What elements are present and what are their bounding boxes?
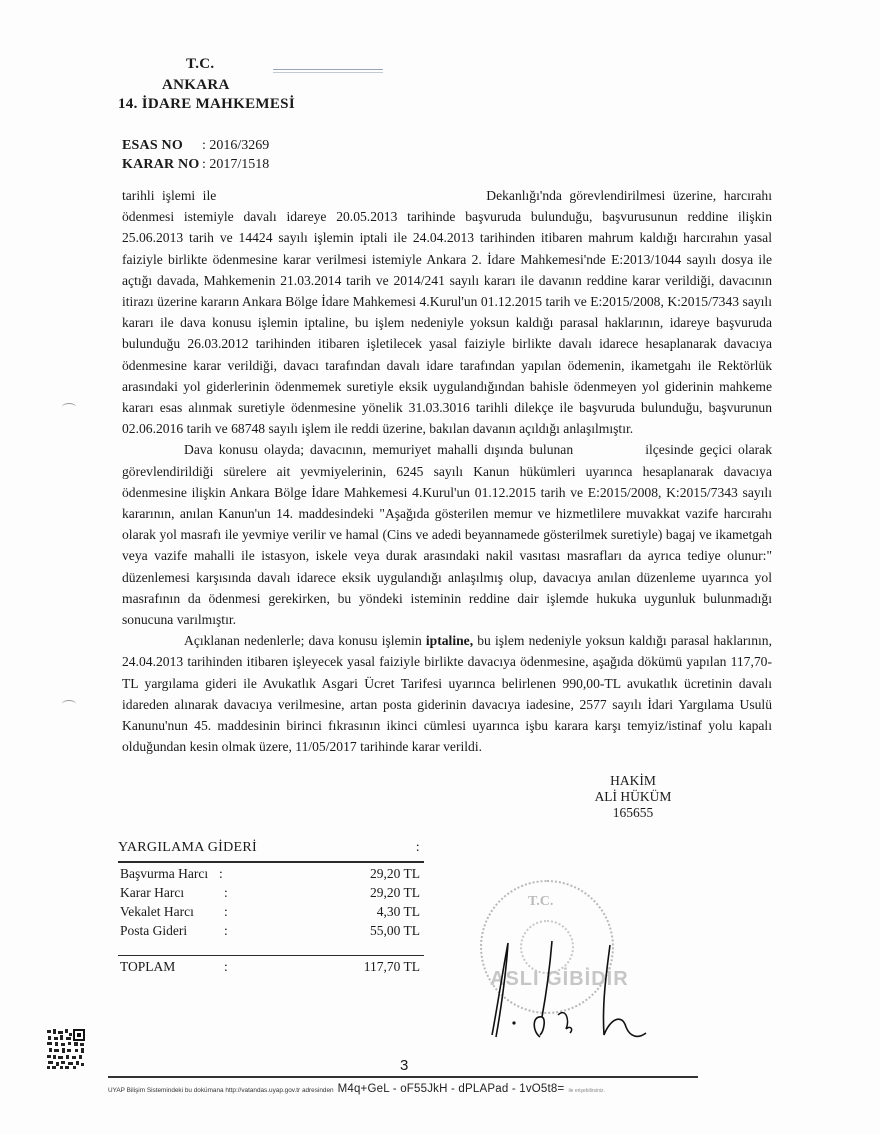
esas-row: ESAS NO: 2016/3269 [122, 138, 269, 157]
footer-tail: ile erişebilirsiniz. [568, 1088, 604, 1094]
total-label: TOPLAM [120, 957, 175, 976]
total-amount: 117,70 TL [364, 957, 420, 976]
cost-total-row: TOPLAM : 117,70 TL [118, 957, 424, 976]
paragraph-reasoning: Dava konusu olayda; davacının, memuriyet… [122, 439, 772, 630]
cost-row: Vekalet Harcı : 4,30 TL [118, 902, 424, 921]
esas-value: : 2016/3269 [202, 138, 269, 154]
cost-amount: 29,20 TL [370, 883, 420, 902]
paragraph-text: Dava konusu olayda; davacının, memuriyet… [184, 442, 573, 457]
verdict-emphasis: iptaline, [426, 633, 473, 648]
esas-label: ESAS NO [122, 138, 202, 154]
country-label: T.C. [186, 56, 214, 73]
punch-mark [62, 403, 76, 411]
footer-notice: UYAP Bilişim Sistemindeki bu dokümana ht… [108, 1087, 334, 1094]
punch-mark [62, 700, 76, 708]
cost-colon: : [224, 883, 228, 902]
seal-top-text: T.C. [528, 894, 553, 910]
paragraph-text: Dekanlığı'nda görevlendirilmesi üzerine,… [122, 188, 772, 436]
uyap-footer: UYAP Bilişim Sistemindeki bu dokümana ht… [108, 1079, 605, 1097]
costs-title-row: YARGILAMA GİDERİ : [118, 840, 424, 860]
cost-name: Posta Gideri [120, 921, 187, 940]
court-name: 14. İDARE MAHKEMESİ [118, 96, 295, 113]
karar-label: KARAR NO [122, 157, 202, 173]
case-numbers: ESAS NO: 2016/3269 KARAR NO: 2017/1518 [122, 138, 269, 176]
cost-row: Başvurma Harcı : 29,20 TL [118, 864, 424, 883]
header-rule-secondary [273, 72, 383, 73]
cost-amount: 29,20 TL [370, 864, 420, 883]
total-colon: : [224, 957, 228, 976]
page-number: 3 [400, 1057, 408, 1074]
cost-colon: : [224, 902, 228, 921]
cost-colon: : [219, 864, 223, 883]
paragraph-text: tarihli işlemi ile [122, 188, 216, 203]
handwritten-signature-icon [470, 935, 670, 1045]
footer-rule [108, 1076, 698, 1078]
paragraph-text: bu işlem nedeniyle yoksun kaldığı parasa… [122, 633, 772, 754]
paragraph-verdict: Açıklanan nedenlerle; dava konusu işlemi… [122, 630, 772, 757]
costs-spacer [118, 940, 424, 954]
cost-row: Karar Harcı : 29,20 TL [118, 883, 424, 902]
paragraph-background: tarihli işlemi ile Dekanlığı'nda görevle… [122, 185, 772, 439]
cost-amount: 55,00 TL [370, 921, 420, 940]
costs-title: YARGILAMA GİDERİ [118, 840, 257, 855]
court-costs-table: YARGILAMA GİDERİ : Başvurma Harcı : 29,2… [118, 840, 424, 976]
paragraph-text: ilçesinde geçici olarak görevlendirildiğ… [122, 442, 772, 627]
header-rule [273, 69, 383, 70]
cost-row: Posta Gideri : 55,00 TL [118, 921, 424, 940]
paragraph-text: Açıklanan nedenlerle; dava konusu işlemi… [184, 633, 422, 648]
cost-amount: 4,30 TL [377, 902, 420, 921]
judge-signature-block: HAKİM ALİ HÜKÜM 165655 [578, 773, 688, 821]
city-label: ANKARA [162, 77, 230, 94]
karar-row: KARAR NO: 2017/1518 [122, 157, 269, 176]
karar-value: : 2017/1518 [202, 157, 269, 173]
qr-code-icon [46, 1028, 86, 1070]
cost-name: Karar Harcı [120, 883, 184, 902]
costs-rule [118, 861, 424, 863]
decision-body: tarihli işlemi ile Dekanlığı'nda görevle… [122, 185, 772, 757]
document-page: T.C. ANKARA 14. İDARE MAHKEMESİ ESAS NO:… [0, 0, 880, 1135]
cost-colon: : [224, 921, 228, 940]
judge-number: 165655 [578, 805, 688, 821]
verification-code: M4q+GeL - oF55JkH - dPLAPad - 1vO5t8= [338, 1083, 565, 1095]
cost-name: Vekalet Harcı [120, 902, 194, 921]
cost-name: Başvurma Harcı [120, 864, 208, 883]
judge-title: HAKİM [578, 773, 688, 789]
judge-name: ALİ HÜKÜM [578, 789, 688, 805]
costs-total-rule [118, 955, 424, 957]
costs-title-colon: : [416, 840, 420, 856]
